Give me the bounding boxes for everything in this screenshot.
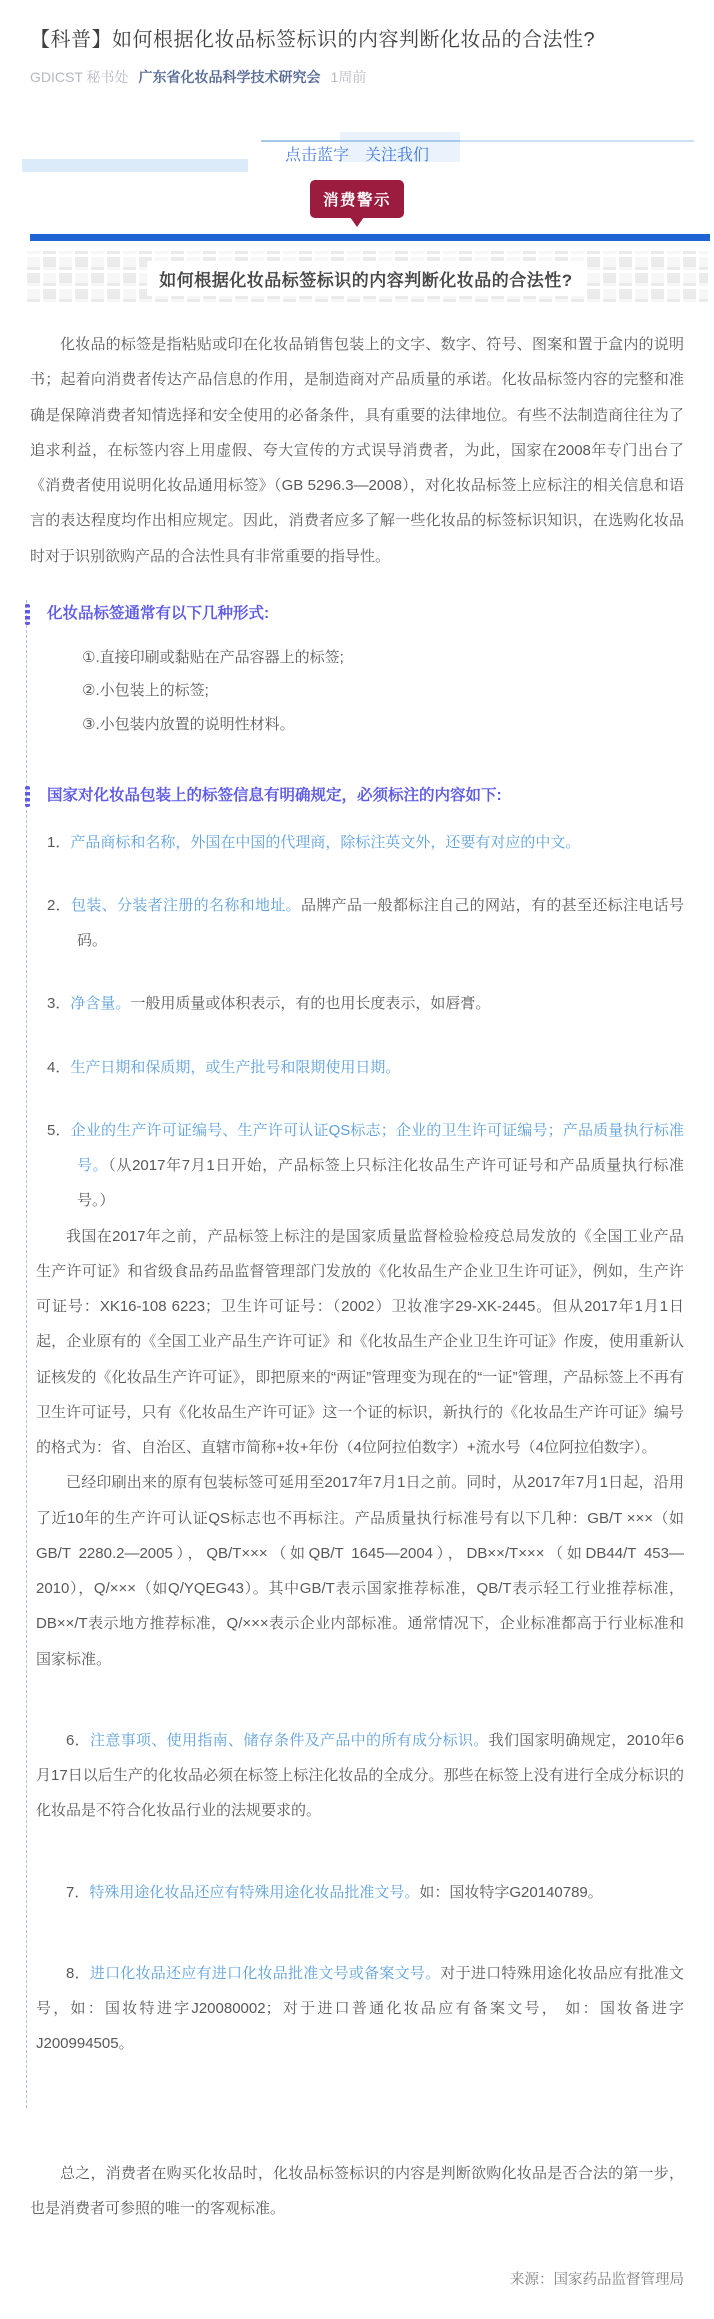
labeled-item-7: 7．特殊用途化妆品还应有特殊用途化妆品批准文号。如：国妆特字G20140789。 bbox=[36, 1875, 684, 1910]
item-detail-text: 一般用质量或体积表示，有的也用长度表示，如唇膏。 bbox=[130, 995, 490, 1012]
click-blue-text: 点击蓝字 bbox=[285, 147, 349, 164]
dots-icon bbox=[25, 786, 30, 807]
intro-paragraph: 化妆品的标签是指粘贴或印在化妆品销售包装上的文字、数字、符号、图案和置于盒内的说… bbox=[30, 327, 684, 574]
labeled-item-1: 1．产品商标和名称，外国在中国的代理商，除标注英文外，还要有对应的中文。 bbox=[47, 825, 684, 860]
source-credit: 来源：国家药品监督管理局 bbox=[30, 2268, 684, 2289]
item-number: 2． bbox=[47, 897, 71, 914]
item-key-text: 注意事项、使用指南、储存条件及产品中的所有成分标识。 bbox=[90, 1732, 489, 1749]
follow-banner: 点击蓝字关注我们 bbox=[30, 131, 684, 175]
item-detail-text: 如：国妆特字G20140789。 bbox=[419, 1884, 602, 1901]
badge-pointer-icon bbox=[350, 217, 364, 227]
heading-rules-text: 国家对化妆品包装上的标签信息有明确规定，必须标注的内容如下: bbox=[47, 787, 502, 804]
item-number: 3． bbox=[47, 995, 70, 1012]
mosaic-header: 如何根据化妆品标签标识的内容判断化妆品的合法性? bbox=[24, 251, 708, 305]
article-page: 【科普】如何根据化妆品标签标识的内容判断化妆品的合法性? GDICST 秘书处广… bbox=[0, 26, 714, 2289]
item-key-text: 生产日期和保质期，或生产批号和限期使用日期。 bbox=[70, 1059, 400, 1076]
paragraph-standards: 已经印刷出来的原有包装标签可延用至2017年7月1日之前。同时，从2017年7月… bbox=[36, 1465, 684, 1677]
banner-text: 点击蓝字关注我们 bbox=[30, 131, 684, 165]
item-key-text: 包装、分装者注册的名称和地址。 bbox=[71, 897, 301, 914]
account-link[interactable]: 广东省化妆品科学技术研究会 bbox=[139, 69, 321, 85]
item-key-text: 净含量。 bbox=[70, 995, 130, 1012]
labeled-item-2: 2．包装、分装者注册的名称和地址。品牌产品一般都标注自己的网站，有的甚至还标注电… bbox=[47, 888, 684, 959]
item-key-text: 特殊用途化妆品还应有特殊用途化妆品批准文号。 bbox=[89, 1884, 419, 1901]
heading-forms-text: 化妆品标签通常有以下几种形式: bbox=[47, 605, 269, 622]
byline-time: 1周前 bbox=[331, 69, 367, 85]
item-number: 7． bbox=[66, 1884, 89, 1901]
byline-author: GDICST 秘书处 bbox=[30, 69, 129, 85]
item-key-text: 产品商标和名称，外国在中国的代理商，除标注英文外，还要有对应的中文。 bbox=[70, 834, 580, 851]
content-section: 化妆品标签通常有以下几种形式: ①.直接印刷或黏贴在产品容器上的标签; ②.小包… bbox=[26, 600, 684, 2108]
labeled-item-8: 8．进口化妆品还应有进口化妆品批准文号或备案文号。对于进口特殊用途化妆品应有批准… bbox=[36, 1956, 684, 2062]
labeled-item-3: 3．净含量。一般用质量或体积表示，有的也用长度表示，如唇膏。 bbox=[47, 986, 684, 1021]
list-item: ③.小包装内放置的说明性材料。 bbox=[82, 708, 684, 742]
item-number: 1． bbox=[47, 834, 70, 851]
byline: GDICST 秘书处广东省化妆品科学技术研究会1周前 bbox=[30, 67, 684, 87]
follow-us-text[interactable]: 关注我们 bbox=[365, 147, 429, 164]
forms-list: ①.直接印刷或黏贴在产品容器上的标签; ②.小包装上的标签; ③.小包装内放置的… bbox=[36, 641, 684, 742]
item-key-text: 进口化妆品还应有进口化妆品批准文号或备案文号。 bbox=[90, 1965, 441, 1982]
heading-label-forms: 化妆品标签通常有以下几种形式: bbox=[47, 602, 684, 627]
paragraph-before-2017: 我国在2017年之前，产品标签上标注的是国家质量监督检验检疫总局发放的《全国工业… bbox=[36, 1219, 684, 1466]
page-title: 【科普】如何根据化妆品标签标识的内容判断化妆品的合法性? bbox=[30, 26, 684, 55]
labeled-item-4: 4．生产日期和保质期，或生产批号和限期使用日期。 bbox=[47, 1050, 684, 1085]
labeled-item-5: 5．企业的生产许可证编号、生产许可认证QS标志；企业的卫生许可证编号；产品质量执… bbox=[47, 1113, 684, 1219]
list-item: ②.小包装上的标签; bbox=[82, 674, 684, 708]
list-item: ①.直接印刷或黏贴在产品容器上的标签; bbox=[82, 641, 684, 675]
item-detail-text: （从2017年7月1日开始，产品标签上只标注化妆品生产许可证号和产品质量执行标准… bbox=[77, 1157, 684, 1209]
badge-label: 消费警示 bbox=[310, 180, 404, 218]
heading-label-rules: 国家对化妆品包装上的标签信息有明确规定，必须标注的内容如下: bbox=[47, 784, 684, 809]
item-number: 6． bbox=[66, 1732, 90, 1749]
item-number: 8． bbox=[66, 1965, 90, 1982]
consumer-warning-badge: 消费警示 bbox=[30, 180, 684, 227]
blue-divider bbox=[30, 234, 710, 241]
item-number: 4． bbox=[47, 1059, 70, 1076]
item-number: 5． bbox=[47, 1122, 71, 1139]
labeled-item-6: 6．注意事项、使用指南、储存条件及产品中的所有成分标识。我们国家明确规定，201… bbox=[36, 1723, 684, 1829]
dots-icon bbox=[25, 604, 30, 625]
section-title: 如何根据化妆品标签标识的内容判断化妆品的合法性? bbox=[147, 261, 584, 296]
conclusion-paragraph: 总之，消费者在购买化妆品时，化妆品标签标识的内容是判断欲购化妆品是否合法的第一步… bbox=[30, 2156, 684, 2227]
